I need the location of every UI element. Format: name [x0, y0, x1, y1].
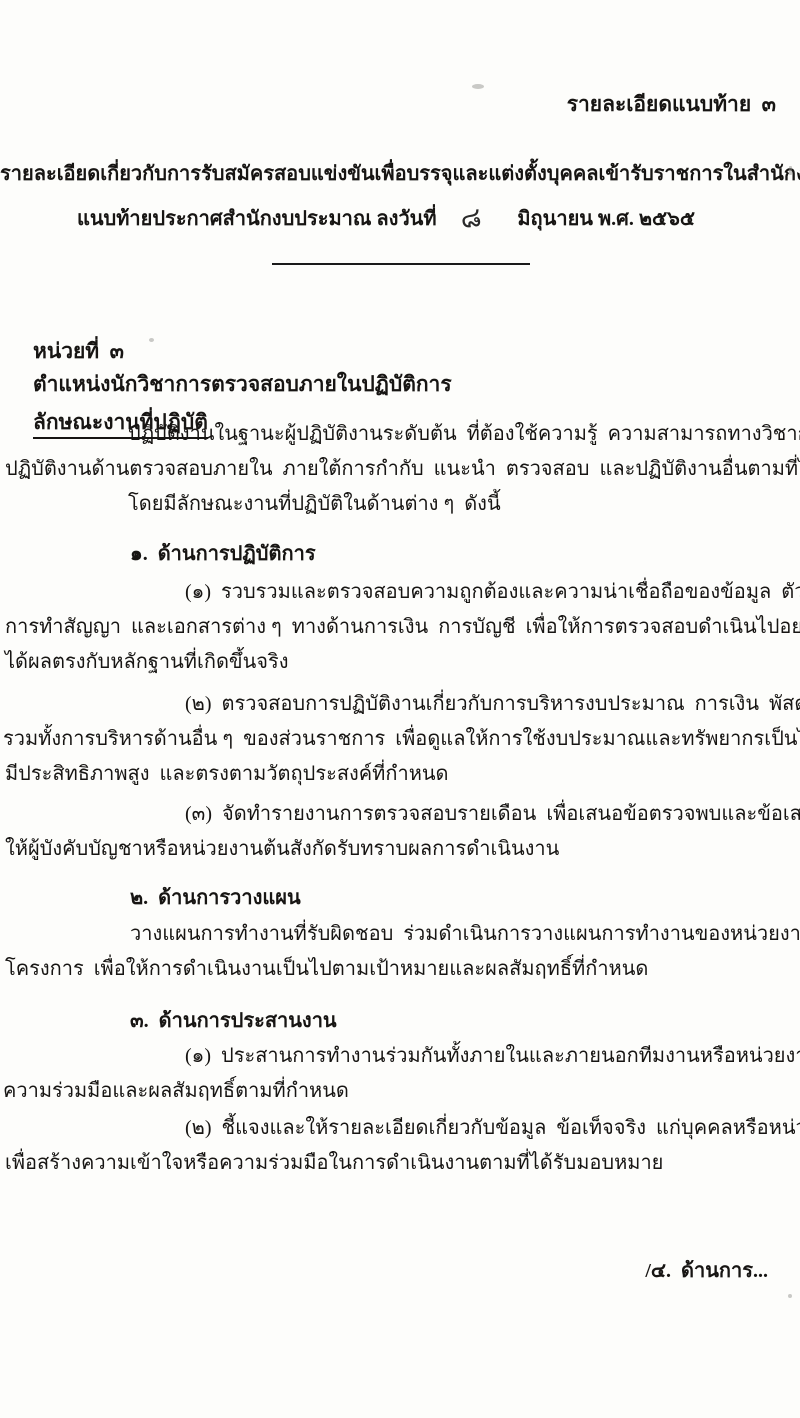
- title-line2-prefix: แนบท้ายประกาศสำนักงบประมาณ ลงวันที่: [77, 202, 437, 234]
- section-1-heading: ๑. ด้านการปฏิบัติการ: [130, 540, 316, 568]
- section-2-heading: ๒. ด้านการวางแผน: [130, 884, 301, 912]
- section-1-item-3-line-1: (๓) จัดทำรายงานการตรวจสอบรายเดือน เพื่อเ…: [185, 800, 800, 828]
- section-1-item-2-line-1: (๒) ตรวจสอบการปฏิบัติงานเกี่ยวกับการบริห…: [185, 690, 800, 718]
- section-3-heading: ๓. ด้านการประสานงาน: [130, 1007, 337, 1035]
- scan-speck: [472, 84, 484, 89]
- section-3-item-2-line-2: เพื่อสร้างความเข้าใจหรือความร่วมมือในการ…: [5, 1149, 663, 1177]
- intro-line-2: ปฏิบัติงานด้านตรวจสอบภายใน ภายใต้การกำกั…: [5, 455, 800, 483]
- section-3-item-1-line-2: ความร่วมมือและผลสัมฤทธิ์ตามที่กำหนด: [3, 1077, 349, 1105]
- section-3-item-1-line-1: (๑) ประสานการทำงานร่วมกันทั้งภายในและภาย…: [185, 1042, 800, 1070]
- section-2-item-1-line-1: วางแผนการทำงานที่รับผิดชอบ ร่วมดำเนินการ…: [130, 920, 800, 948]
- section-1-item-2-line-2: รวมทั้งการบริหารด้านอื่น ๆ ของส่วนราชการ…: [3, 725, 800, 753]
- section-1-item-2-line-3: มีประสิทธิภาพสูง และตรงตามวัตถุประสงค์ที…: [5, 760, 449, 788]
- scan-speck: [788, 1294, 792, 1298]
- page-continuation-note: /๔. ด้านการ...: [645, 1257, 768, 1285]
- document-page: รายละเอียดแนบท้าย ๓ รายละเอียดเกี่ยวกับก…: [0, 0, 800, 1418]
- scan-speck: [149, 338, 154, 342]
- section-1-item-3-line-2: ให้ผู้บังคับบัญชาหรือหน่วยงานต้นสังกัดรั…: [5, 835, 559, 863]
- section-1-item-1-line-1: (๑) รวบรวมและตรวจสอบความถูกต้องและความน่…: [185, 578, 800, 606]
- attachment-corner-label: รายละเอียดแนบท้าย ๓: [567, 90, 776, 118]
- title-separator-rule: [272, 263, 530, 265]
- scan-speck: [789, 166, 792, 175]
- section-1-item-1-line-3: ได้ผลตรงกับหลักฐานที่เกิดขึ้นจริง: [5, 648, 289, 676]
- title-line2-suffix: มิถุนายน พ.ศ. ๒๕๖๕: [517, 202, 695, 234]
- intro-line-1: ปฏิบัติงานในฐานะผู้ปฏิบัติงานระดับต้น ที…: [128, 420, 800, 448]
- section-2-item-1-line-2: โครงการ เพื่อให้การดำเนินงานเป็นไปตามเป้…: [5, 955, 648, 983]
- section-1-item-1-line-2: การทำสัญญา และเอกสารต่าง ๆ ทางด้านการเงิ…: [5, 613, 800, 641]
- unit-number-label: หน่วยที่ ๓: [33, 335, 156, 368]
- document-title-line1: รายละเอียดเกี่ยวกับการรับสมัครสอบแข่งขัน…: [0, 160, 800, 188]
- document-title-line2: แนบท้ายประกาศสำนักงบประมาณ ลงวันที่ ๘ มิ…: [0, 202, 772, 234]
- section-3-item-2-line-1: (๒) ชี้แจงและให้รายละเอียดเกี่ยวกับข้อมู…: [185, 1114, 800, 1142]
- intro-line-3: โดยมีลักษณะงานที่ปฏิบัติในด้านต่าง ๆ ดัง…: [128, 490, 501, 518]
- handwritten-date-day: ๘: [458, 205, 482, 232]
